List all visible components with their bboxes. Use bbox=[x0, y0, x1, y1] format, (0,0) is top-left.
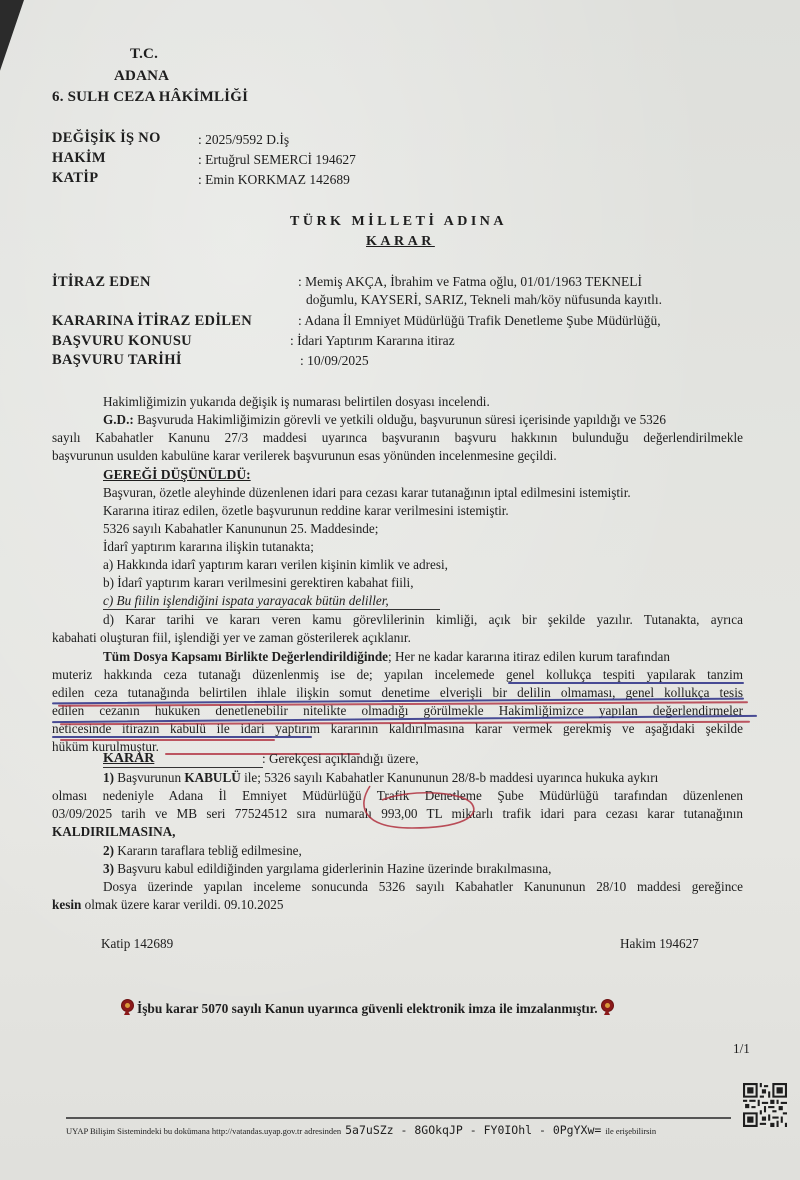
d-line-1: d) Karar tarihi ve kararı veren kamu gör… bbox=[103, 611, 743, 629]
gereği-heading: GEREĞİ DÜŞÜNÜLDÜ: bbox=[103, 466, 251, 484]
faint-stamp bbox=[639, 200, 653, 242]
closing-line-1: Dosya üzerinde yapılan inceleme sonucund… bbox=[103, 878, 743, 896]
verdict-intro: : Gerekçesi açıklandığı üzere, bbox=[262, 750, 419, 768]
judge-signature: Hakim 194627 bbox=[620, 935, 699, 953]
clerk-value: : Emin KORKMAZ 142689 bbox=[198, 172, 350, 188]
decision-title: KARAR bbox=[366, 234, 435, 250]
gd-paragraph-line1: G.D.: Başvuruda Hakimliğimizin görevli v… bbox=[103, 411, 743, 429]
header-tc: T.C. bbox=[130, 46, 158, 63]
tdk-line-0: Tüm Dosya Kapsamı Birlikte Değerlendiril… bbox=[103, 648, 743, 666]
verdict-label: KARAR bbox=[103, 750, 154, 768]
objector-label: İTİRAZ EDEN bbox=[52, 274, 151, 291]
e-signature-text: İşbu karar 5070 sayılı Kanun uyarınca gü… bbox=[137, 1001, 598, 1016]
body-line-5: b) İdarî yaptırım kararı verilmesini ger… bbox=[103, 574, 414, 592]
objector-value: : Memiş AKÇA, İbrahim ve Fatma oğlu, 01/… bbox=[298, 274, 642, 290]
subject-value: : İdari Yaptırım Kararına itiraz bbox=[290, 333, 455, 349]
verdict-item-1-line4: KALDIRILMASINA, bbox=[52, 823, 175, 841]
red-rosette-seal-icon bbox=[122, 1000, 133, 1015]
respondent-label: KARARINA İTİRAZ EDİLEN bbox=[52, 313, 252, 330]
qr-code-icon[interactable] bbox=[743, 1083, 787, 1127]
tdk-label: Tüm Dosya Kapsamı Birlikte Değerlendiril… bbox=[103, 649, 388, 664]
body-line-0: Başvuran, özetle aleyhinde düzenlenen id… bbox=[103, 484, 631, 502]
body-intro: Hakimliğimizin yukarıda değişik iş numar… bbox=[103, 393, 490, 411]
verdict-item-2: 2) Kararın taraflara tebliğ edilmesine, bbox=[103, 842, 302, 860]
judge-value: : Ertuğrul SEMERCİ 194627 bbox=[198, 152, 356, 168]
ink-underline bbox=[60, 739, 275, 741]
footer-prefix: UYAP Bilişim Sistemindeki bu dokümana ht… bbox=[66, 1126, 341, 1136]
verdict-item-3: 3) Başvuru kabul edildiğinden yargılama … bbox=[103, 860, 551, 878]
header-court: 6. SULH CEZA HÂKİMLİĞİ bbox=[52, 89, 248, 106]
closing-line-2: kesin olmak üzere karar verildi. 09.10.2… bbox=[52, 896, 283, 914]
body-line-2: 5326 sayılı Kabahatler Kanununun 25. Mad… bbox=[103, 520, 378, 538]
item-number: 3) bbox=[103, 861, 114, 876]
item-text: Başvurunun bbox=[114, 770, 184, 785]
final-word: kesin bbox=[52, 897, 81, 912]
item-text: Başvuru kabul edildiğinden yargılama gid… bbox=[114, 861, 551, 876]
red-rosette-seal-icon bbox=[602, 1000, 613, 1015]
footer-divider bbox=[66, 1117, 731, 1119]
ink-underline bbox=[508, 682, 744, 684]
verification-code[interactable]: 5a7uSZz - 8GOkqJP - FY0IOhl - 0PgYXw= bbox=[345, 1123, 601, 1137]
nation-title: TÜRK MİLLETİ ADINA bbox=[290, 214, 507, 230]
body-line-3: İdarî yaptırım kararına ilişkin tutanakt… bbox=[103, 538, 314, 556]
tdk-text: ; Her ne kadar kararına itiraz edilen ku… bbox=[388, 649, 670, 664]
body-line-1: Kararına itiraz edilen, özetle başvurunu… bbox=[103, 502, 509, 520]
application-date-value: : 10/09/2025 bbox=[300, 353, 369, 369]
gd-paragraph-line3: başvurunun usulden kabulüne karar verile… bbox=[52, 447, 557, 465]
e-signature-note: İşbu karar 5070 sayılı Kanun uyarınca gü… bbox=[118, 1000, 617, 1018]
d-line-2: kabahati oluşturan fiil, işlendiği yer v… bbox=[52, 629, 411, 647]
footer-suffix: ile erişebilirsin bbox=[605, 1126, 656, 1136]
verdict-underline bbox=[103, 767, 263, 768]
gd-label: G.D.: bbox=[103, 412, 134, 427]
respondent-value: : Adana İl Emniyet Müdürlüğü Trafik Dene… bbox=[298, 313, 661, 329]
item-number: 2) bbox=[103, 843, 114, 858]
footer: UYAP Bilişim Sistemindeki bu dokümana ht… bbox=[66, 1121, 656, 1139]
case-no-value: : 2025/9592 D.İş bbox=[198, 132, 289, 148]
item-text: Kararın taraflara tebliğ edilmesine, bbox=[114, 843, 302, 858]
subject-label: BAŞVURU KONUSU bbox=[52, 333, 192, 350]
document-page: T.C. ADANA 6. SULH CEZA HÂKİMLİĞİ DEĞİŞİ… bbox=[0, 0, 800, 1180]
clerk-label: KATİP bbox=[52, 170, 98, 187]
ink-underline bbox=[52, 736, 312, 738]
closing-text: olmak üzere karar verildi. 09.10.2025 bbox=[81, 897, 283, 912]
body-line-4: a) Hakkında idarî yaptırım kararı verile… bbox=[103, 556, 448, 574]
gd-paragraph-line2: sayılı Kabahatler Kanunu 27/3 maddesi uy… bbox=[52, 429, 743, 447]
case-no-label: DEĞİŞİK İŞ NO bbox=[52, 130, 161, 147]
header-city: ADANA bbox=[114, 68, 169, 85]
judge-label: HAKİM bbox=[52, 150, 106, 167]
body-line-6: c) Bu fiilin işlendiğini ispata yarayaca… bbox=[103, 592, 389, 610]
gd-text-1: Başvuruda Hakimliğimizin görevli ve yetk… bbox=[134, 412, 666, 427]
application-date-label: BAŞVURU TARİHİ bbox=[52, 352, 182, 369]
clerk-signature: Katip 142689 bbox=[101, 935, 173, 953]
objector-value-2: doğumlu, KAYSERİ, SARIZ, Tekneli mah/köy… bbox=[306, 292, 662, 308]
ink-circle-fine-amount bbox=[352, 776, 492, 836]
underline-c bbox=[103, 609, 440, 610]
acceptance-word: KABULÜ bbox=[184, 770, 240, 785]
page-number: 1/1 bbox=[733, 1040, 750, 1058]
item-number: 1) bbox=[103, 770, 114, 785]
